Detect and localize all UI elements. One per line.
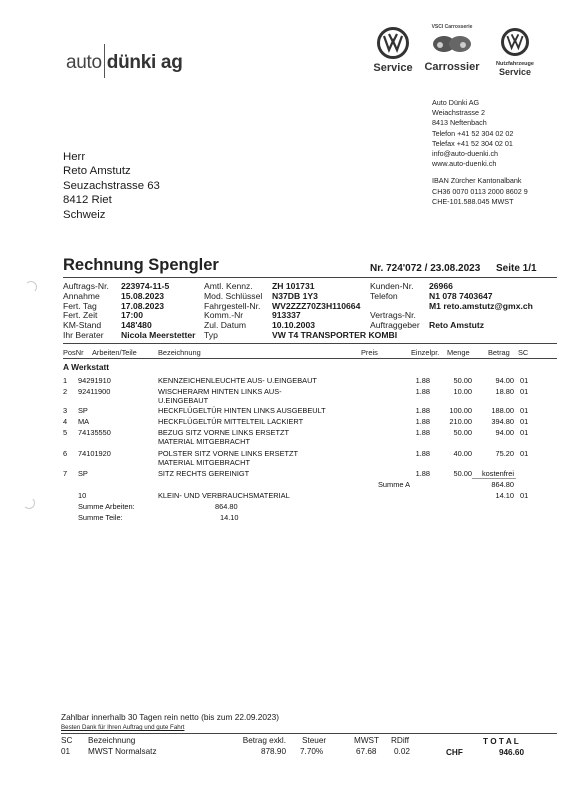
- footer-header-desc: Bezeichnung: [88, 736, 135, 745]
- row-amount: 18.80: [470, 387, 514, 396]
- divider: [61, 733, 557, 734]
- material-sc: 01: [520, 491, 528, 500]
- company-fax: Telefax +41 52 304 02 01: [432, 139, 528, 149]
- row-amount: kostenfrei: [470, 469, 514, 478]
- row-description: SITZ RECHTS GEREINIGT: [158, 469, 249, 478]
- vw-logo-icon: [501, 28, 529, 56]
- col-header-unit-price: Einzelpr.: [411, 348, 439, 357]
- row-sc: 01: [520, 387, 528, 396]
- row-amount: 188.00: [470, 406, 514, 415]
- row-qty: 10.00: [436, 387, 472, 396]
- row-qty: 50.00: [436, 376, 472, 385]
- row-unit-price: 1.88: [410, 469, 430, 478]
- row-pos: 6: [63, 449, 67, 458]
- vat-row-sc: 01: [61, 747, 70, 756]
- subtotal-rule: [472, 478, 516, 479]
- row-amount: 394.80: [470, 417, 514, 426]
- row-sc: 01: [520, 406, 528, 415]
- company-vat-id: CHE-101.588.045 MWST: [432, 197, 528, 207]
- advisor: Nicola Meerstetter: [121, 330, 196, 340]
- invoice-number: Nr. 724'072 / 23.08.2023: [370, 263, 480, 274]
- vin: WV2ZZZ70Z3H110664: [272, 301, 360, 311]
- divider: [63, 358, 557, 359]
- row-description: HECKFLÜGELTÜR MITTELTEIL LACKIERT: [158, 417, 303, 426]
- client: Reto Amstutz: [429, 320, 484, 330]
- row-part-number: 94291910: [78, 376, 111, 385]
- row-qty: 50.00: [436, 469, 472, 478]
- phone: N1 078 7403647: [429, 291, 493, 301]
- footer-header-rdiff: RDiff: [391, 736, 409, 745]
- row-qty: 210.00: [436, 417, 472, 426]
- vat-rate: 7.70%: [300, 747, 323, 756]
- sum-parts-value: 14.10: [220, 513, 239, 522]
- row-qty: 50.00: [436, 428, 472, 437]
- sum-parts-label: Summe Teile:: [78, 513, 123, 522]
- company-website[interactable]: www.auto-duenki.ch: [432, 159, 528, 169]
- row-description-cont: MATERIAL MITGEBRACHT: [158, 437, 250, 446]
- company-city: 8413 Neftenbach: [432, 118, 528, 128]
- material-code: 10: [78, 491, 86, 500]
- col-header-pos: PosNr: [63, 348, 84, 357]
- company-logo: autodünki ag: [66, 44, 183, 78]
- currency: CHF: [446, 748, 463, 757]
- brand-label: Service: [368, 62, 418, 74]
- commission-number: 913337: [272, 310, 301, 320]
- row-part-number: 92411900: [78, 387, 110, 396]
- row-description: KENNZEICHENLEUCHTE AUS- U.EINGEBAUT: [158, 376, 317, 385]
- company-bank: IBAN Zürcher Kantonalbank: [432, 176, 528, 186]
- row-description: HECKFLÜGELTÜR HINTEN LINKS AUSGEBEULT: [158, 406, 326, 415]
- net-amount: 878.90: [222, 747, 286, 756]
- vat-amount: 67.68: [356, 747, 377, 756]
- subtotal-a-label: Summe A: [378, 480, 410, 489]
- row-unit-price: 1.88: [410, 387, 430, 396]
- subtotal-a-value: 864.80: [470, 480, 514, 489]
- footer-header-sc: SC: [61, 736, 72, 745]
- grand-total: 946.60: [490, 748, 524, 757]
- row-pos: 3: [63, 406, 67, 415]
- brand-vw-service: Service: [368, 27, 418, 74]
- brand-vw-nutzfahrzeuge: Nutzfahrzeuge Service: [492, 28, 538, 77]
- recipient-street: Seuzachstrasse 63: [63, 179, 160, 193]
- completion-time: 17:00: [121, 310, 143, 320]
- payment-terms: Zahlbar innerhalb 30 Tagen rein netto (b…: [61, 712, 279, 722]
- meta-label: Ihr Berater: [63, 331, 121, 341]
- company-phone: Telefon +41 52 304 02 02: [432, 129, 528, 139]
- row-pos: 7: [63, 469, 67, 478]
- row-description-cont: MATERIAL MITGEBRACHT: [158, 458, 250, 467]
- meta-label: Auftraggeber: [370, 321, 429, 331]
- row-sc: 01: [520, 449, 528, 458]
- footer-header-net: Betrag exkl.: [222, 736, 286, 745]
- row-pos: 2: [63, 387, 67, 396]
- material-desc: KLEIN- UND VERBRAUCHSMATERIAL: [158, 491, 290, 500]
- brand-label: Carrossier: [422, 61, 482, 73]
- row-unit-price: 1.88: [410, 449, 430, 458]
- meta-label: Typ: [204, 331, 272, 341]
- row-unit-price: 1.88: [410, 376, 430, 385]
- vehicle-type: VW T4 TRANSPORTER KOMBI: [272, 330, 397, 340]
- row-part-number: SP: [78, 469, 88, 478]
- vw-logo-icon: [377, 27, 409, 59]
- col-header-price: Preis: [361, 348, 378, 357]
- recipient-city: 8412 Riet: [63, 193, 160, 207]
- thanks-note: Besten Dank für Ihren Auftrag und gute F…: [61, 724, 184, 731]
- brand-carrossier: VSCI Carrosserie Carrossier: [422, 24, 482, 73]
- footer-header-total: T O T A L: [483, 737, 519, 746]
- completion-date: 17.08.2023: [121, 301, 164, 311]
- model-key: N37DB 1Y3: [272, 291, 318, 301]
- col-header-amount: Betrag: [488, 348, 510, 357]
- row-pos: 5: [63, 428, 67, 437]
- footer-header-vat: MWST: [354, 736, 379, 745]
- section-title: A Werkstatt: [63, 362, 109, 372]
- row-unit-price: 1.88: [410, 428, 430, 437]
- intake-date: 15.08.2023: [121, 291, 164, 301]
- recipient-salutation: Herr: [63, 150, 160, 164]
- col-header-work: Arbeiten/Teile: [92, 348, 137, 357]
- logo-text-duenki: dünki ag: [107, 52, 183, 73]
- customer-email[interactable]: M1 reto.amstutz@gmx.ch: [429, 301, 533, 311]
- mileage: 148'480: [121, 320, 152, 330]
- logo-text-auto: auto: [66, 52, 102, 73]
- brand-label: Service: [492, 67, 538, 77]
- company-name: Auto Dünki AG: [432, 98, 528, 108]
- customer-number: 26966: [429, 281, 453, 291]
- row-sc: 01: [520, 376, 528, 385]
- punch-hole-mark: [25, 281, 37, 293]
- registration-date: 10.10.2003: [272, 320, 315, 330]
- row-unit-price: 1.88: [410, 417, 430, 426]
- row-pos: 1: [63, 376, 67, 385]
- row-description: BEZUG SITZ VORNE LINKS ERSETZT: [158, 428, 289, 437]
- col-header-qty: Menge: [447, 348, 470, 357]
- row-description-cont: U.EINGEBAUT: [158, 396, 208, 405]
- row-part-number: SP: [78, 406, 88, 415]
- recipient-name: Reto Amstutz: [63, 164, 160, 178]
- page-indicator: Seite 1/1: [496, 263, 537, 274]
- logo-divider: [104, 44, 105, 78]
- rounding-diff: 0.02: [394, 747, 410, 756]
- material-amount: 14.10: [470, 491, 514, 500]
- company-address: Auto Dünki AG Weiachstrasse 2 8413 Nefte…: [432, 98, 528, 207]
- order-number: 223974-11-5: [121, 281, 169, 291]
- company-email[interactable]: info@auto-duenki.ch: [432, 149, 528, 159]
- row-part-number: 74135550: [78, 428, 111, 437]
- row-part-number: MA: [78, 417, 89, 426]
- sum-labor-value: 864.80: [215, 502, 238, 511]
- row-part-number: 74101920: [78, 449, 111, 458]
- order-meta-col2: Amtl. Kennz.ZH 101731 Mod. SchlüsselN37D…: [204, 282, 397, 341]
- row-unit-price: 1.88: [410, 406, 430, 415]
- carrosserie-logo-icon: [430, 31, 474, 55]
- order-meta-col3: Kunden-Nr.26966 TelefonN1 078 7403647 M1…: [370, 282, 533, 331]
- row-description: WISCHERARM HINTEN LINKS AUS-: [158, 387, 282, 396]
- row-description: POLSTER SITZ VORNE LINKS ERSETZT: [158, 449, 298, 458]
- invoice-title: Rechnung Spengler: [63, 256, 219, 275]
- row-amount: 94.00: [470, 428, 514, 437]
- company-iban: CH36 0070 0113 2000 8602 9: [432, 187, 528, 197]
- vat-row-desc: MWST Normalsatz: [88, 747, 157, 756]
- row-amount: 94.00: [470, 376, 514, 385]
- footer-header-tax: Steuer: [302, 736, 326, 745]
- company-street: Weiachstrasse 2: [432, 108, 528, 118]
- punch-hole-mark: [23, 497, 35, 509]
- row-pos: 4: [63, 417, 67, 426]
- col-header-desc: Bezeichnung: [158, 348, 201, 357]
- brand-small-label: VSCI Carrosserie: [422, 24, 482, 30]
- recipient-country: Schweiz: [63, 208, 160, 222]
- order-meta-col1: Auftrags-Nr.223974-11-5 Annahme15.08.202…: [63, 282, 196, 341]
- sum-labor-label: Summe Arbeiten:: [78, 502, 135, 511]
- divider: [63, 277, 557, 278]
- row-sc: 01: [520, 417, 528, 426]
- row-amount: 75.20: [470, 449, 514, 458]
- meta-label: Telefon: [370, 292, 429, 302]
- row-qty: 100.00: [436, 406, 472, 415]
- row-qty: 40.00: [436, 449, 472, 458]
- divider: [63, 343, 557, 344]
- recipient-address: Herr Reto Amstutz Seuzachstrasse 63 8412…: [63, 150, 160, 222]
- col-header-sc: SC: [518, 348, 528, 357]
- row-sc: 01: [520, 428, 528, 437]
- license-plate: ZH 101731: [272, 281, 315, 291]
